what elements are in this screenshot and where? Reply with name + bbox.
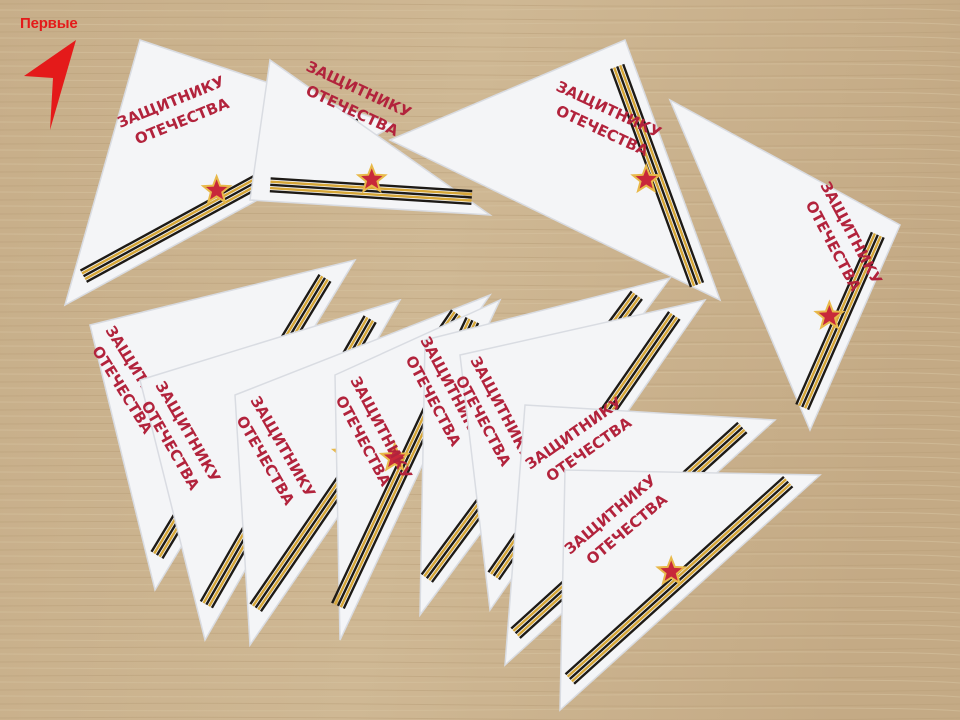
logo-text: Первые xyxy=(20,15,77,32)
photo-scene: ЗАЩИТНИКУОТЕЧЕСТВАЗАЩИТНИКУОТЕЧЕСТВАЗАЩИ… xyxy=(0,0,960,720)
red-numeral-one-icon xyxy=(20,38,80,133)
